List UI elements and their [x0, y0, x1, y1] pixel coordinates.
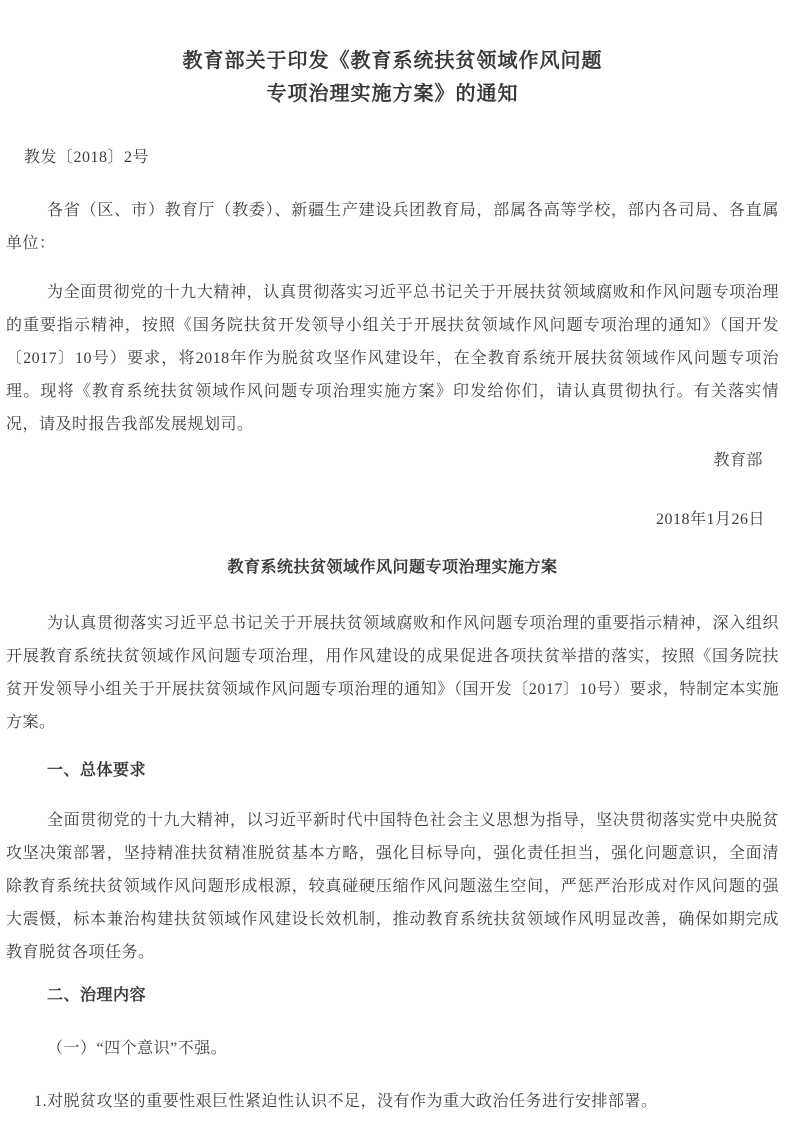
section-2-item-1: 1.对脱贫攻坚的重要性艰巨性紧迫性认识不足，没有作为重大政治任务进行安排部署。 [6, 1085, 779, 1118]
section-2-subsection-1: （一）“四个意识”不强。 [6, 1032, 779, 1065]
issue-date: 2018年1月26日 [6, 503, 779, 536]
notice-title-line-2: 专项治理实施方案》的通知 [6, 78, 779, 111]
signer: 教育部 [6, 444, 779, 477]
document-page: 教育部关于印发《教育系统扶贫领域作风问题 专项治理实施方案》的通知 教发〔201… [0, 0, 793, 1122]
salutation: 各省（区、市）教育厅（教委）、新疆生产建设兵团教育局，部属各高等学校，部内各司局… [6, 194, 779, 260]
section-1-body: 全面贯彻党的十九大精神，以习近平新时代中国特色社会主义思想为指导，坚决贯彻落实党… [6, 804, 779, 969]
notice-title: 教育部关于印发《教育系统扶贫领域作风问题 专项治理实施方案》的通知 [6, 45, 779, 111]
doc-number: 教发〔2018〕2号 [6, 141, 779, 174]
plan-title: 教育系统扶贫领域作风问题专项治理实施方案 [6, 551, 779, 584]
notice-body-paragraph: 为全面贯彻党的十九大精神，认真贯彻落实习近平总书记关于开展扶贫领域腐败和作风问题… [6, 276, 779, 441]
section-1-heading: 一、总体要求 [6, 754, 779, 787]
section-2-heading: 二、治理内容 [6, 979, 779, 1012]
notice-title-line-1: 教育部关于印发《教育系统扶贫领域作风问题 [6, 45, 779, 78]
plan-intro-paragraph: 为认真贯彻落实习近平总书记关于开展扶贫领域腐败和作风问题专项治理的重要指示精神，… [6, 607, 779, 739]
